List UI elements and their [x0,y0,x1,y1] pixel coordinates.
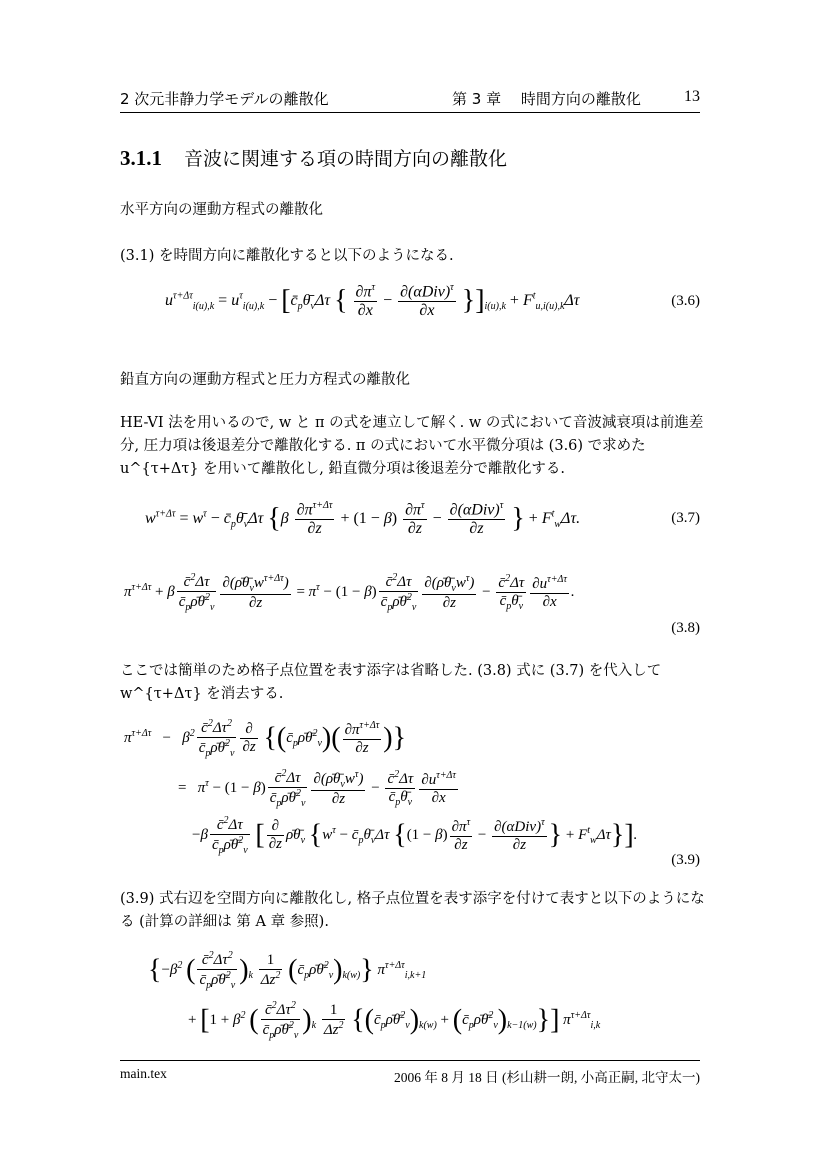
section-number: 3.1.1 [120,146,162,170]
equation-3-8: πτ+Δτ + βc̄2Δτc̄pρ̄θ̄2v∂(ρ̄θ̄vwτ+Δτ)∂z =… [124,572,575,613]
running-header: 2 次元非静力学モデルの離散化 第 3 章 時間方向の離散化 13 [120,88,700,110]
paragraph: (3.1) を時間方向に離散化すると以下のようになる. [120,245,705,268]
equation-3-7: wτ+Δτ = wτ − c̄pθ̄vΔτ {β ∂πτ+Δτ∂z + (1 −… [145,500,580,538]
subsection-heading: 鉛直方向の運動方程式と圧力方程式の離散化 [120,368,410,389]
equation-number: (3.7) [671,510,700,527]
footer-date-authors: 2006 年 8 月 18 日 (杉山耕一朗, 小高正嗣, 北守太一) [394,1066,700,1086]
document-page: 2 次元非静力学モデルの離散化 第 3 章 時間方向の離散化 13 3.1.1音… [0,0,826,1169]
header-document-title: 2 次元非静力学モデルの離散化 [120,88,329,109]
paragraph: ここでは簡単のため格子点位置を表す添字は省略した. (3.8) 式に (3.7)… [120,660,705,706]
header-page-number: 13 [684,88,700,106]
equation-3-6: uτ+Δτi(u),k = uτi(u),k − [c̄pθ̄vΔτ { ∂πτ… [165,282,580,320]
header-rule [120,112,700,113]
paragraph: HE-VI 法を用いるので, w と π の式を連立して解く. w の式において… [120,412,705,481]
equation-3-9-line-1: πτ+Δτ − β2c̄2Δτ2c̄pρ̄θ̄2v∂∂z {(c̄pρ̄θ̄2v… [124,718,406,759]
equation-3-9-line-3: −βc̄2Δτc̄pρ̄θ̄2v [∂∂zρ̄θ̄v {wτ − c̄pθ̄vΔ… [192,815,637,856]
equation-number: (3.6) [671,293,700,310]
equation-number: (3.8) [671,620,700,637]
paragraph: (3.9) 式右辺を空間方向に離散化し, 格子点位置を表す添字を付けて表すと以下… [120,888,705,934]
discretized-equation-line-2: + [1 + β2 (c̄2Δτ2c̄pρ̄θ̄2v)k 1Δz2 {(c̄pρ… [188,1000,600,1041]
discretized-equation-line-1: {−β2 (c̄2Δτ2c̄pρ̄θ̄2v)k 1Δz2 (c̄pρ̄θ̄2v)… [148,950,426,991]
subsection-heading: 水平方向の運動方程式の離散化 [120,198,323,219]
section-title: 音波に関連する項の時間方向の離散化 [184,148,507,170]
section-heading: 3.1.1音波に関連する項の時間方向の離散化 [120,144,507,171]
footer-filename: main.tex [120,1066,167,1082]
footer-rule [120,1060,700,1061]
header-chapter: 第 3 章 時間方向の離散化 [452,88,641,109]
equation-number: (3.9) [671,852,700,869]
equation-3-9-line-2: = πτ − (1 − β)c̄2Δτc̄pρ̄θ̄2v∂(ρ̄θ̄vwτ)∂z… [178,768,460,809]
